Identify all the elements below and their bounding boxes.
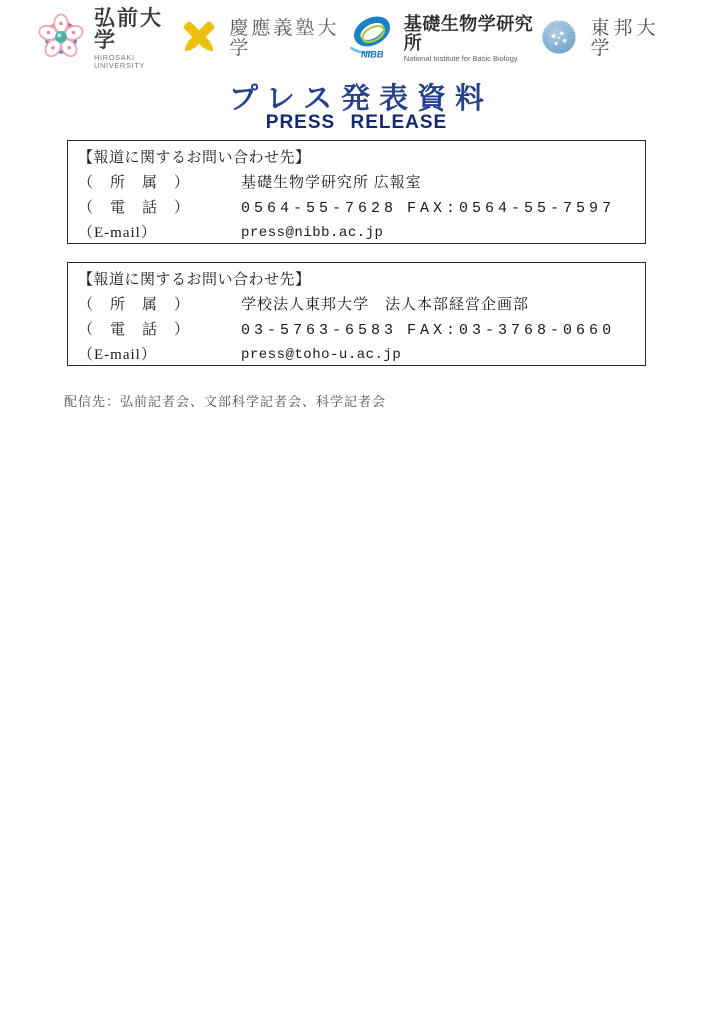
hirosaki-name-en: HIROSAKI UNIVERSITY — [94, 54, 175, 70]
phone-label: （ 電 話 ） — [78, 196, 241, 221]
page-subtitle: PRESS RELEASE — [0, 112, 713, 134]
hirosaki-name: 弘前大学 — [94, 8, 175, 52]
hirosaki-flower-icon — [34, 10, 88, 69]
toho-seal-icon: TOHO UNIVERSITY — [534, 12, 584, 67]
phone-label: （ 電 話 ） — [78, 318, 241, 343]
nibb-swirl-icon: NIBB — [346, 11, 398, 68]
page-title: プレス発表資料 — [0, 76, 713, 117]
toho-name: 東邦大学 — [590, 19, 670, 59]
phone-row: （ 電 話 ） 03-5763-6583 FAX: 03-3768-0660 — [78, 318, 633, 343]
email-address: press@nibb.ac.jp — [241, 221, 383, 246]
email-address: press@toho-u.ac.jp — [241, 343, 401, 368]
email-label: （E-mail） — [78, 221, 241, 246]
phone-row: （ 電 話 ） 0564-55-7628 FAX: 0564-55-7597 — [78, 196, 633, 221]
affiliation-row: （ 所 属 ） 学校法人東邦大学 法人本部経営企画部 — [78, 293, 633, 318]
affiliation-row: （ 所 属 ） 基礎生物学研究所 広報室 — [78, 171, 633, 196]
phone-number: 03-5763-6583 — [241, 318, 397, 343]
distribution-list: 配信先：弘前記者会、文部科学記者会、科学記者会 — [64, 391, 386, 410]
affiliation-value: 学校法人東邦大学 法人本部経営企画部 — [241, 293, 529, 318]
logo-band: 弘前大学 HIROSAKI UNIVERSITY 慶 — [34, 10, 670, 68]
keio-crossed-pens-icon — [175, 14, 223, 65]
email-row: （E-mail） press@nibb.ac.jp — [78, 221, 633, 246]
logo-keio: 慶應義塾大学 — [175, 14, 345, 65]
email-row: （E-mail） press@toho-u.ac.jp — [78, 343, 633, 368]
nibb-name: 基礎生物学研究所 — [404, 15, 535, 53]
affiliation-value: 基礎生物学研究所 広報室 — [241, 171, 422, 196]
affiliation-label: （ 所 属 ） — [78, 171, 241, 196]
fax-number: 0564-55-7597 — [459, 196, 615, 221]
phone-number: 0564-55-7628 — [241, 196, 397, 221]
logo-hirosaki: 弘前大学 HIROSAKI UNIVERSITY — [34, 8, 175, 70]
contact-box-toho: 【報道に関するお問い合わせ先】 （ 所 属 ） 学校法人東邦大学 法人本部経営企… — [67, 262, 646, 366]
contact-box-nibb: 【報道に関するお問い合わせ先】 （ 所 属 ） 基礎生物学研究所 広報室 （ 電… — [67, 140, 646, 244]
nibb-name-en: National Institute for Basic Biology — [404, 55, 535, 63]
logo-toho: TOHO UNIVERSITY 東邦大学 — [534, 12, 670, 67]
fax-label: FAX: — [407, 318, 459, 343]
contact-heading: 【報道に関するお問い合わせ先】 — [78, 146, 633, 171]
press-release-page: 弘前大学 HIROSAKI UNIVERSITY 慶 — [0, 0, 713, 1024]
email-label: （E-mail） — [78, 343, 241, 368]
keio-name: 慶應義塾大学 — [229, 19, 345, 59]
fax-number: 03-3768-0660 — [459, 318, 615, 343]
contact-heading: 【報道に関するお問い合わせ先】 — [78, 268, 633, 293]
fax-label: FAX: — [407, 196, 459, 221]
nibb-abbr-text: NIBB — [361, 49, 384, 59]
logo-nibb: NIBB 基礎生物学研究所 National Institute for Bas… — [346, 11, 535, 68]
affiliation-label: （ 所 属 ） — [78, 293, 241, 318]
